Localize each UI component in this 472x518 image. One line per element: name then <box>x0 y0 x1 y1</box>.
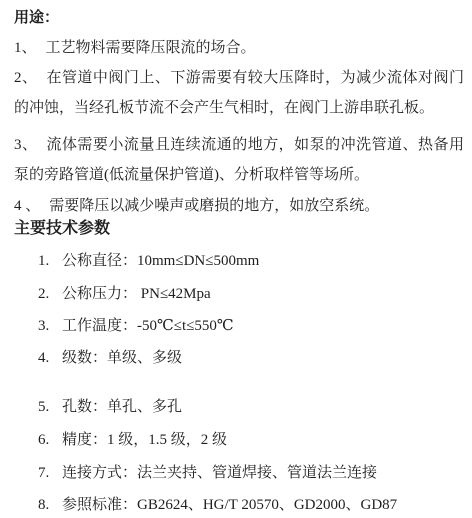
usage-item-3: 3、流体需要小流量且连续流通的地方，如泵的冲洗管道、热备用泵的旁路管道(低流量保… <box>14 130 464 190</box>
parameter-number: 1. <box>38 251 53 271</box>
list-marker: 4 、 <box>14 198 40 214</box>
parameter-row: 3.工作温度：-50℃≤t≤550℃ <box>38 316 234 336</box>
parameter-number: 3. <box>38 316 53 336</box>
parameter-label: 参照标准： <box>62 497 137 513</box>
list-marker: 2、 <box>14 70 37 86</box>
list-marker: 1、 <box>14 40 37 56</box>
parameter-value: 法兰夹持、管道焊接、管道法兰连接 <box>137 465 377 481</box>
usage-item-text: 流体需要小流量且连续流通的地方，如泵的冲洗管道、热备用泵的旁路管道(低流量保护管… <box>14 137 464 183</box>
parameter-number: 8. <box>38 495 53 515</box>
parameter-number: 5. <box>38 397 53 417</box>
parameter-value: 单级、多级 <box>107 350 182 366</box>
parameter-label: 级数： <box>62 350 107 366</box>
parameters-heading: 主要技术参数 <box>14 219 110 239</box>
usage-heading: 用途： <box>14 8 59 28</box>
parameter-label: 孔数： <box>62 399 107 415</box>
parameter-label: 连接方式： <box>62 465 137 481</box>
usage-item-4: 4 、需要降压以减少噪声或磨损的地方，如放空系统。 <box>14 191 464 221</box>
usage-item-text: 工艺物料需要降压限流的场合。 <box>46 40 256 56</box>
parameter-value: 1 级，1.5 级，2 级 <box>107 432 227 448</box>
parameter-value: 10mm≤DN≤500mm <box>137 253 259 269</box>
parameter-row: 7.连接方式：法兰夹持、管道焊接、管道法兰连接 <box>38 463 377 483</box>
parameter-label: 工作温度： <box>62 318 137 334</box>
usage-item-1: 1、工艺物料需要降压限流的场合。 <box>14 33 464 63</box>
parameter-label: 公称压力： <box>62 286 137 302</box>
parameter-value: 单孔、多孔 <box>107 399 182 415</box>
parameter-number: 7. <box>38 463 53 483</box>
document-page: 用途： 1、工艺物料需要降压限流的场合。 2、在管道中阀门上、下游需要有较大压降… <box>0 0 472 518</box>
parameter-value: PN≤42Mpa <box>137 286 211 302</box>
parameter-number: 2. <box>38 284 53 304</box>
parameter-row: 8.参照标准：GB2624、HG/T 20570、GD2000、GD87 <box>38 495 397 515</box>
parameter-number: 6. <box>38 430 53 450</box>
parameter-value: -50℃≤t≤550℃ <box>137 318 234 334</box>
parameter-label: 公称直径： <box>62 253 137 269</box>
usage-item-text: 在管道中阀门上、下游需要有较大压降时，为减少流体对阀门的冲蚀，当经孔板节流不会产… <box>14 70 464 116</box>
parameter-row: 6.精度：1 级，1.5 级，2 级 <box>38 430 227 450</box>
parameter-value: GB2624、HG/T 20570、GD2000、GD87 <box>137 497 397 513</box>
parameter-label: 精度： <box>62 432 107 448</box>
usage-item-2: 2、在管道中阀门上、下游需要有较大压降时，为减少流体对阀门的冲蚀，当经孔板节流不… <box>14 63 464 123</box>
list-marker: 3、 <box>14 137 37 153</box>
parameter-row: 4.级数：单级、多级 <box>38 348 182 368</box>
parameter-number: 4. <box>38 348 53 368</box>
usage-item-text: 需要降压以减少噪声或磨损的地方，如放空系统。 <box>49 198 379 214</box>
parameter-row: 1.公称直径：10mm≤DN≤500mm <box>38 251 259 271</box>
parameter-row: 5.孔数：单孔、多孔 <box>38 397 182 417</box>
parameter-row: 2.公称压力： PN≤42Mpa <box>38 284 211 304</box>
